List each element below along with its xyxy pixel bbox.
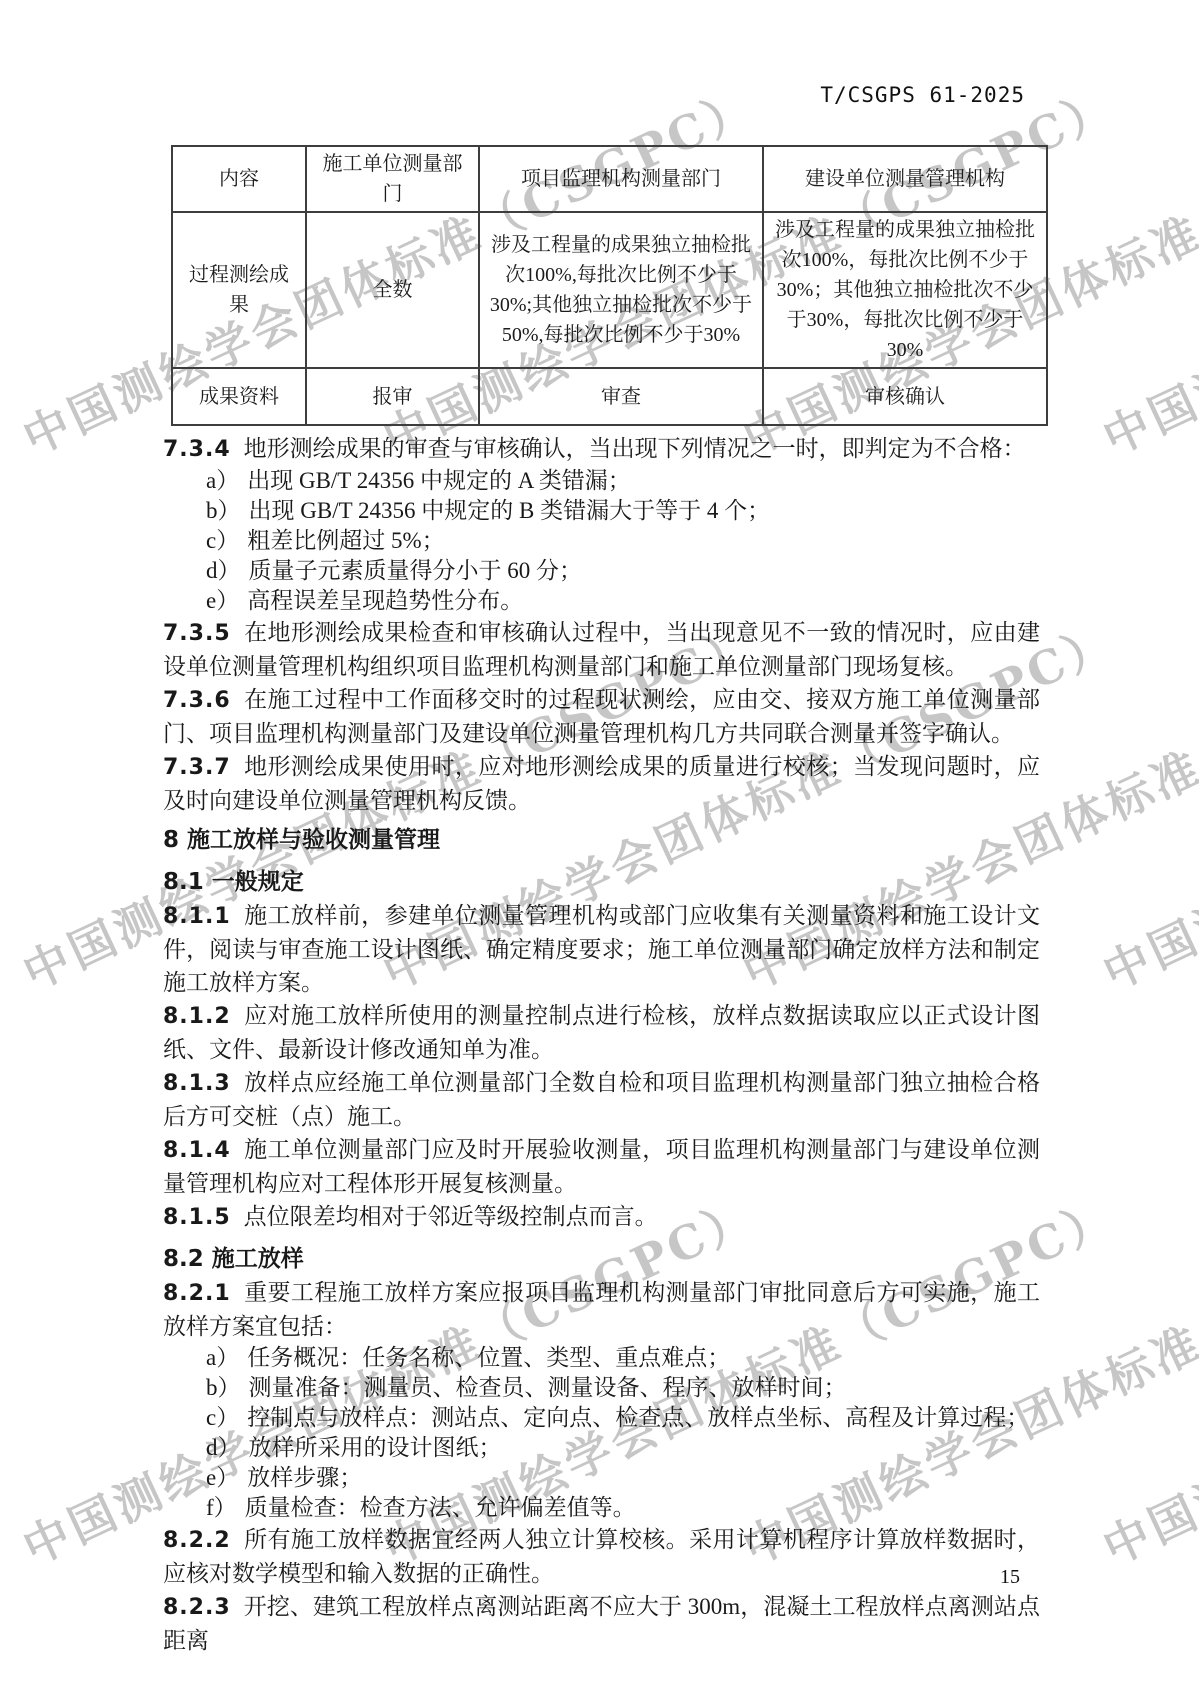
table-cell: 过程测绘成果 [172,212,306,368]
list-item-label: a） [206,1345,239,1370]
clause-number: 8.1.2 [163,1004,231,1029]
list-item-f: f）质量检查：检查方法、允许偏差值等。 [163,1493,1040,1523]
list-item-c: c）粗差比例超过 5%； [163,526,1040,556]
list-item-text: 放样步骤； [247,1465,362,1490]
clause-8.1.4: 8.1.4施工单位测量部门应及时开展验收测量，项目监理机构测量部门与建设单位测量… [163,1133,1040,1200]
clause-number: 8.2.2 [163,1528,231,1553]
list-item-label: c） [206,528,239,553]
list-item-e: e）高程误差呈现趋势性分布。 [163,586,1040,616]
list-item-label: f） [206,1495,237,1520]
list-item-text: 放样所采用的设计图纸； [249,1435,502,1460]
table-cell: 报审 [306,368,479,425]
clause-8.2.3: 8.2.3开挖、建筑工程放样点离测站距离不应大于 300m，混凝土工程放样点离测… [163,1590,1040,1657]
section-heading: 8 施工放样与验收测量管理 [163,824,1040,857]
clause-text: 开挖、建筑工程放样点离测站距离不应大于 300m，混凝土工程放样点离测站点距离 [163,1594,1040,1653]
list-item-text: 任务概况：任务名称、位置、类型、重点难点； [247,1345,730,1370]
clause-number: 8.1.4 [163,1138,231,1163]
clause-text: 施工放样前，参建单位测量管理机构或部门应收集有关测量资料和施工设计文件，阅读与审… [163,903,1040,995]
list-item-label: e） [206,588,239,613]
list-item-label: d） [206,1435,241,1460]
table-cell: 项目监理机构测量部门 [479,146,763,212]
clause-text: 重要工程施工放样方案应报项目监理机构测量部门审批同意后方可实施，施工放样方案宜包… [163,1280,1040,1339]
table-cell: 全数 [306,212,479,368]
clause-8.2.2: 8.2.2所有施工放样数据宜经两人独立计算校核。采用计算机程序计算放样数据时，应… [163,1523,1040,1590]
inspection-responsibility-table: 内容施工单位测量部门项目监理机构测量部门建设单位测量管理机构过程测绘成果全数涉及… [171,145,1048,426]
clause-text: 地形测绘成果使用时，应对地形测绘成果的质量进行校核；当发现问题时，应及时向建设单… [163,754,1040,813]
list-item-label: d） [206,558,241,583]
clause-text: 所有施工放样数据宜经两人独立计算校核。采用计算机程序计算放样数据时，应核对数学模… [163,1527,1040,1586]
clause-number: 8.1.5 [163,1205,231,1230]
clause-number: 8.1.1 [163,904,231,929]
list-item-a: a）出现 GB/T 24356 中规定的 A 类错漏； [163,466,1040,496]
clause-text: 地形测绘成果的审查与审核确认，当出现下列情况之一时，即判定为不合格： [244,436,1026,461]
section-heading: 8.1 一般规定 [163,866,1040,899]
list-item-text: 质量检查：检查方法、允许偏差值等。 [245,1495,636,1520]
table-cell: 涉及工程量的成果独立抽检批次100%,每批次比例不少于30%;其他独立抽检批次不… [479,212,763,368]
clause-number: 7.3.7 [163,755,231,780]
clause-number: 8.2.3 [163,1595,231,1620]
table-cell: 成果资料 [172,368,306,425]
table-cell: 审查 [479,368,763,425]
page-number: 15 [1000,1566,1020,1589]
list-item-text: 质量子元素质量得分小于 60 分； [249,558,583,583]
list-item-d: d）质量子元素质量得分小于 60 分； [163,556,1040,586]
list-item-text: 控制点与放样点：测站点、定向点、检查点、放样点坐标、高程及计算过程； [247,1405,1029,1430]
list-item-text: 出现 GB/T 24356 中规定的 A 类错漏； [247,468,631,493]
list-item-label: e） [206,1465,239,1490]
clause-text: 放样点应经施工单位测量部门全数自检和项目监理机构测量部门独立抽检合格后方可交桩（… [163,1070,1040,1129]
clause-8.1.2: 8.1.2应对施工放样所使用的测量控制点进行检核，放样点数据读取应以正式设计图纸… [163,999,1040,1066]
clause-8.2.1: 8.2.1重要工程施工放样方案应报项目监理机构测量部门审批同意后方可实施，施工放… [163,1276,1040,1343]
clause-number: 7.3.6 [163,688,231,713]
table-cell: 建设单位测量管理机构 [763,146,1047,212]
clause-text: 在施工过程中工作面移交时的过程现状测绘，应由交、接双方施工单位测量部门、项目监理… [163,687,1040,746]
clause-7.3.6: 7.3.6在施工过程中工作面移交时的过程现状测绘，应由交、接双方施工单位测量部门… [163,683,1040,750]
clauses-container: 7.3.4地形测绘成果的审查与审核确认，当出现下列情况之一时，即判定为不合格：a… [163,432,1040,1657]
document-page: 中国测绘学会团体标准（CSGPC）中国测绘学会团体标准（CSGPC）中国测绘学会… [0,0,1199,1696]
clause-text: 点位限差均相对于邻近等级控制点而言。 [244,1204,658,1229]
document-content: 内容施工单位测量部门项目监理机构测量部门建设单位测量管理机构过程测绘成果全数涉及… [163,145,1040,1657]
standard-number-header: T/CSGPS 61-2025 [820,83,1025,107]
table-row: 内容施工单位测量部门项目监理机构测量部门建设单位测量管理机构 [172,146,1047,212]
list-item-b: b）测量准备：测量员、检查员、测量设备、程序、放样时间； [163,1373,1040,1403]
list-item-a: a）任务概况：任务名称、位置、类型、重点难点； [163,1343,1040,1373]
table-cell: 涉及工程量的成果独立抽检批次100%，每批次比例不少于30%；其他独立抽检批次不… [763,212,1047,368]
clause-number: 8.2.1 [163,1281,231,1306]
clause-8.1.3: 8.1.3放样点应经施工单位测量部门全数自检和项目监理机构测量部门独立抽检合格后… [163,1066,1040,1133]
clause-8.1.1: 8.1.1施工放样前，参建单位测量管理机构或部门应收集有关测量资料和施工设计文件… [163,899,1040,999]
clause-7.3.4: 7.3.4地形测绘成果的审查与审核确认，当出现下列情况之一时，即判定为不合格： [163,432,1040,466]
table-row: 过程测绘成果全数涉及工程量的成果独立抽检批次100%,每批次比例不少于30%;其… [172,212,1047,368]
list-item-d: d）放样所采用的设计图纸； [163,1433,1040,1463]
list-item-label: c） [206,1405,239,1430]
table-cell: 内容 [172,146,306,212]
list-item-e: e）放样步骤； [163,1463,1040,1493]
table-cell: 审核确认 [763,368,1047,425]
clause-number: 7.3.4 [163,437,231,462]
list-item-text: 粗差比例超过 5%； [247,528,444,553]
list-item-c: c）控制点与放样点：测站点、定向点、检查点、放样点坐标、高程及计算过程； [163,1403,1040,1433]
list-item-label: b） [206,498,241,523]
clause-number: 7.3.5 [163,621,231,646]
clause-text: 施工单位测量部门应及时开展验收测量，项目监理机构测量部门与建设单位测量管理机构应… [163,1137,1040,1196]
table-cell: 施工单位测量部门 [306,146,479,212]
list-item-label: b） [206,1375,241,1400]
list-item-text: 测量准备：测量员、检查员、测量设备、程序、放样时间； [249,1375,847,1400]
clause-7.3.7: 7.3.7地形测绘成果使用时，应对地形测绘成果的质量进行校核；当发现问题时，应及… [163,750,1040,817]
list-item-label: a） [206,468,239,493]
list-item-b: b）出现 GB/T 24356 中规定的 B 类错漏大于等于 4 个； [163,496,1040,526]
clause-text: 在地形测绘成果检查和审核确认过程中，当出现意见不一致的情况时，应由建设单位测量管… [163,620,1040,679]
clause-7.3.5: 7.3.5在地形测绘成果检查和审核确认过程中，当出现意见不一致的情况时，应由建设… [163,616,1040,683]
list-item-text: 出现 GB/T 24356 中规定的 B 类错漏大于等于 4 个； [249,498,771,523]
clause-8.1.5: 8.1.5点位限差均相对于邻近等级控制点而言。 [163,1200,1040,1234]
clause-text: 应对施工放样所使用的测量控制点进行检核，放样点数据读取应以正式设计图纸、文件、最… [163,1003,1040,1062]
section-heading: 8.2 施工放样 [163,1243,1040,1276]
clause-number: 8.1.3 [163,1071,231,1096]
list-item-text: 高程误差呈现趋势性分布。 [247,588,523,613]
table-row: 成果资料报审审查审核确认 [172,368,1047,425]
